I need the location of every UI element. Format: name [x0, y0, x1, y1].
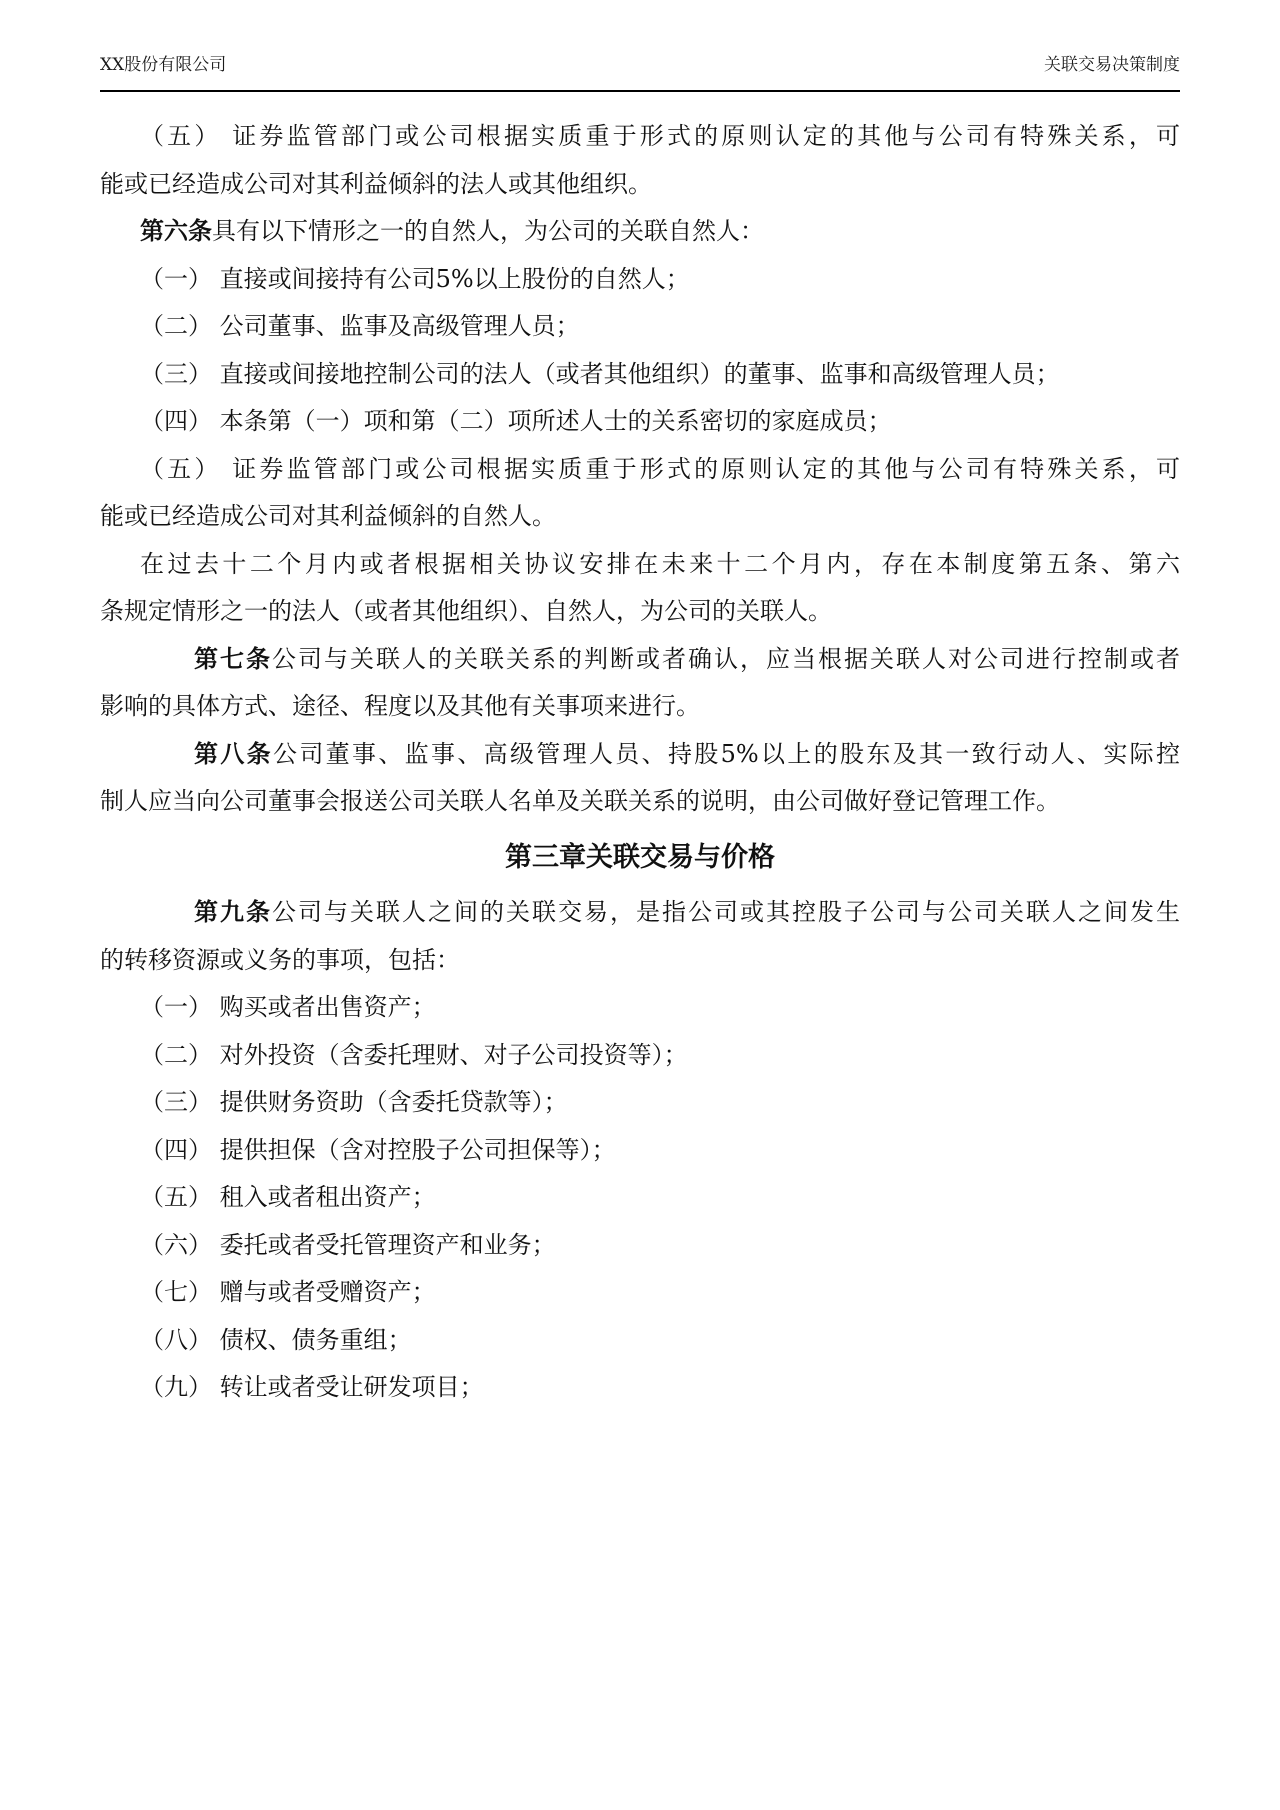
para-article9-item3: （三） 提供财务资助（含委托贷款等）；: [100, 1079, 1180, 1127]
para-article9-item7: （七） 赠与或者受赠资产；: [100, 1269, 1180, 1317]
line-text: 制人应当向公司董事会报送公司关联人名单及关联关系的说明，由公司做好登记管理工作。: [100, 787, 1060, 815]
para-article9-item3-line-1: （三） 提供财务资助（含委托贷款等）；: [100, 1079, 1180, 1127]
para-article6-item5-line-2: 能或已经造成公司对其利益倾斜的自然人。: [100, 493, 1180, 541]
line-text: 在过去十二个月内或者根据相关协议安排在未来十二个月内，存在本制度第五条、第六: [140, 550, 1180, 578]
para-article6-item1-line-1: （一） 直接或间接持有公司5%以上股份的自然人；: [100, 256, 1180, 304]
line-text: 具有以下情形之一的自然人，为公司的关联自然人：: [212, 217, 764, 245]
article-number-label: 第八条: [194, 740, 273, 768]
para-article6-item4: （四） 本条第（一）项和第（二）项所述人士的关系密切的家庭成员；: [100, 398, 1180, 446]
para-article6-item3: （三） 直接或间接地控制公司的法人（或者其他组织）的董事、监事和高级管理人员；: [100, 351, 1180, 399]
line-text: （一） 直接或间接持有公司5%以上股份的自然人；: [140, 265, 690, 293]
para-article6-line-1: 第六条具有以下情形之一的自然人，为公司的关联自然人：: [100, 208, 1180, 256]
para-article9-item9-line-1: （九） 转让或者受让研发项目；: [100, 1364, 1180, 1412]
page-header: XX股份有限公司 关联交易决策制度: [100, 54, 1180, 92]
line-text: 公司董事、监事、高级管理人员、持股5%以上的股东及其一致行动人、实际控: [273, 740, 1180, 768]
line-text: （二） 公司董事、监事及高级管理人员；: [140, 312, 580, 340]
para-article6-item2-line-1: （二） 公司董事、监事及高级管理人员；: [100, 303, 1180, 351]
line-text: （七） 赠与或者受赠资产；: [140, 1278, 436, 1306]
line-text: 公司与关联人之间的关联交易，是指公司或其控股子公司与公司关联人之间发生: [272, 898, 1180, 926]
article-number-label: 第六条: [140, 217, 212, 245]
line-text: （六） 委托或者受托管理资产和业务；: [140, 1231, 556, 1259]
para-article9-item5-line-1: （五） 租入或者租出资产；: [100, 1174, 1180, 1222]
para-article9-item8: （八） 债权、债务重组；: [100, 1317, 1180, 1365]
line-text: （八） 债权、债务重组；: [140, 1326, 412, 1354]
chapter3-heading: 第三章关联交易与价格: [100, 834, 1180, 882]
line-text: （二） 对外投资（含委托理财、对子公司投资等）；: [140, 1041, 688, 1069]
para-article7-line-1: 第七条公司与关联人的关联关系的判断或者确认，应当根据关联人对公司进行控制或者: [100, 636, 1180, 684]
para-article9-item8-line-1: （八） 债权、债务重组；: [100, 1317, 1180, 1365]
para-article9-line-1: 第九条公司与关联人之间的关联交易，是指公司或其控股子公司与公司关联人之间发生: [100, 889, 1180, 937]
chapter3-heading-line-1: 第三章关联交易与价格: [100, 834, 1180, 882]
para-article6-item2: （二） 公司董事、监事及高级管理人员；: [100, 303, 1180, 351]
para-article9-item4: （四） 提供担保（含对控股子公司担保等）；: [100, 1127, 1180, 1175]
line-text: （一） 购买或者出售资产；: [140, 993, 436, 1021]
header-document-title: 关联交易决策制度: [1044, 54, 1180, 76]
para-article6-supplement-line-2: 条规定情形之一的法人（或者其他组织）、自然人，为公司的关联人。: [100, 588, 1180, 636]
line-text: 能或已经造成公司对其利益倾斜的法人或其他组织。: [100, 170, 652, 198]
para-article5-item5-line-2: 能或已经造成公司对其利益倾斜的法人或其他组织。: [100, 161, 1180, 209]
line-text: （五） 租入或者租出资产；: [140, 1183, 436, 1211]
line-text: 能或已经造成公司对其利益倾斜的自然人。: [100, 502, 556, 530]
para-article9-item6-line-1: （六） 委托或者受托管理资产和业务；: [100, 1222, 1180, 1270]
para-article9-item2: （二） 对外投资（含委托理财、对子公司投资等）；: [100, 1032, 1180, 1080]
header-company-name: XX股份有限公司: [100, 54, 226, 76]
para-article6-item5-line-1: （五） 证券监管部门或公司根据实质重于形式的原则认定的其他与公司有特殊关系，可: [100, 446, 1180, 494]
line-text: 的转移资源或义务的事项，包括：: [100, 946, 460, 974]
para-article9-item6: （六） 委托或者受托管理资产和业务；: [100, 1222, 1180, 1270]
para-article6: 第六条具有以下情形之一的自然人，为公司的关联自然人：: [100, 208, 1180, 256]
line-text: （四） 本条第（一）项和第（二）项所述人士的关系密切的家庭成员；: [140, 407, 892, 435]
para-article8-line-1: 第八条公司董事、监事、高级管理人员、持股5%以上的股东及其一致行动人、实际控: [100, 731, 1180, 779]
para-article6-item5: （五） 证券监管部门或公司根据实质重于形式的原则认定的其他与公司有特殊关系，可能…: [100, 446, 1180, 541]
para-article5-item5-line-1: （五） 证券监管部门或公司根据实质重于形式的原则认定的其他与公司有特殊关系，可: [100, 113, 1180, 161]
para-article6-item3-line-1: （三） 直接或间接地控制公司的法人（或者其他组织）的董事、监事和高级管理人员；: [100, 351, 1180, 399]
line-text: （三） 直接或间接地控制公司的法人（或者其他组织）的董事、监事和高级管理人员；: [140, 360, 1060, 388]
para-article9-item9: （九） 转让或者受让研发项目；: [100, 1364, 1180, 1412]
article-number-label: 第七条: [194, 645, 272, 673]
line-text: （四） 提供担保（含对控股子公司担保等）；: [140, 1136, 616, 1164]
article-number-label: 第九条: [194, 898, 272, 926]
para-article9-item2-line-1: （二） 对外投资（含委托理财、对子公司投资等）；: [100, 1032, 1180, 1080]
line-text: 条规定情形之一的法人（或者其他组织）、自然人，为公司的关联人。: [100, 597, 832, 625]
para-article7: 第七条公司与关联人的关联关系的判断或者确认，应当根据关联人对公司进行控制或者影响…: [100, 636, 1180, 731]
para-article9-item4-line-1: （四） 提供担保（含对控股子公司担保等）；: [100, 1127, 1180, 1175]
para-article6-item1: （一） 直接或间接持有公司5%以上股份的自然人；: [100, 256, 1180, 304]
para-article9-item1: （一） 购买或者出售资产；: [100, 984, 1180, 1032]
line-text: （五） 证券监管部门或公司根据实质重于形式的原则认定的其他与公司有特殊关系，可: [140, 122, 1180, 150]
line-text: 影响的具体方式、途径、程度以及其他有关事项来进行。: [100, 692, 700, 720]
line-text: （三） 提供财务资助（含委托贷款等）；: [140, 1088, 568, 1116]
line-text: 第三章关联交易与价格: [505, 842, 775, 873]
para-article6-supplement-line-1: 在过去十二个月内或者根据相关协议安排在未来十二个月内，存在本制度第五条、第六: [100, 541, 1180, 589]
para-article8: 第八条公司董事、监事、高级管理人员、持股5%以上的股东及其一致行动人、实际控制人…: [100, 731, 1180, 826]
para-article6-item4-line-1: （四） 本条第（一）项和第（二）项所述人士的关系密切的家庭成员；: [100, 398, 1180, 446]
para-article7-line-2: 影响的具体方式、途径、程度以及其他有关事项来进行。: [100, 683, 1180, 731]
para-article8-line-2: 制人应当向公司董事会报送公司关联人名单及关联关系的说明，由公司做好登记管理工作。: [100, 778, 1180, 826]
para-article5-item5: （五） 证券监管部门或公司根据实质重于形式的原则认定的其他与公司有特殊关系，可能…: [100, 113, 1180, 208]
document-body: （五） 证券监管部门或公司根据实质重于形式的原则认定的其他与公司有特殊关系，可能…: [100, 113, 1180, 1412]
line-text: （五） 证券监管部门或公司根据实质重于形式的原则认定的其他与公司有特殊关系，可: [140, 455, 1180, 483]
para-article9-item7-line-1: （七） 赠与或者受赠资产；: [100, 1269, 1180, 1317]
para-article6-supplement: 在过去十二个月内或者根据相关协议安排在未来十二个月内，存在本制度第五条、第六条规…: [100, 541, 1180, 636]
para-article9-item1-line-1: （一） 购买或者出售资产；: [100, 984, 1180, 1032]
line-text: 公司与关联人的关联关系的判断或者确认，应当根据关联人对公司进行控制或者: [272, 645, 1180, 673]
para-article9: 第九条公司与关联人之间的关联交易，是指公司或其控股子公司与公司关联人之间发生的转…: [100, 889, 1180, 984]
line-text: （九） 转让或者受让研发项目；: [140, 1373, 484, 1401]
para-article9-line-2: 的转移资源或义务的事项，包括：: [100, 937, 1180, 985]
para-article9-item5: （五） 租入或者租出资产；: [100, 1174, 1180, 1222]
